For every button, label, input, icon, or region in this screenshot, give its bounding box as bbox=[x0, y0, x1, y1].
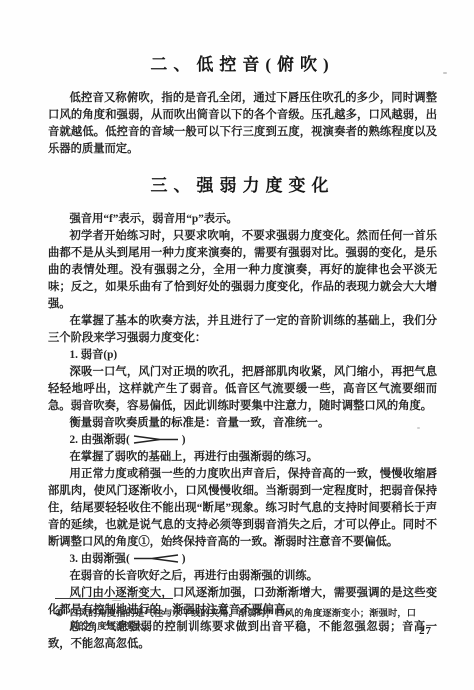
page-content: 二、低控音(俯吹) 低控音又称俯吹，指的是音孔全闭，通过下唇压住吹孔的多少，同时… bbox=[48, 50, 437, 653]
page-number: 27 bbox=[419, 625, 432, 637]
subheading-decrescendo-text: 2. 由强渐弱( bbox=[69, 434, 129, 446]
footnote-separator bbox=[55, 598, 173, 599]
scan-speck bbox=[417, 427, 420, 429]
paragraph-weak-tone-standard: 衡量弱音吹奏质量的标准是：音量一致，音准统一。 bbox=[48, 415, 437, 432]
paragraph-decrescendo-basis: 在掌握了弱吹的基础上，再进行由强渐弱的练习。 bbox=[48, 449, 437, 466]
crescendo-hairpin-icon bbox=[133, 554, 179, 563]
subheading-crescendo-text: 3. 由弱渐强( bbox=[69, 553, 129, 565]
footnote: ① 口风的角度指的是气柱与水平线的夹角。渐弱时，口风的角度逐渐变小；渐强时，口风… bbox=[55, 608, 416, 634]
subheading-weak-tone: 1. 弱音(p) bbox=[48, 347, 437, 364]
subheading-decrescendo: 2. 由强渐弱() bbox=[48, 432, 437, 449]
decrescendo-hairpin-icon bbox=[133, 435, 179, 444]
section-two-title: 二、低控音(俯吹) bbox=[48, 50, 437, 75]
scan-speck bbox=[443, 72, 447, 74]
subheading-crescendo-close: ) bbox=[182, 553, 186, 565]
paragraph-dynamics-notation: 强音用“f”表示，弱音用“p”表示。 bbox=[48, 211, 437, 228]
subheading-decrescendo-close: ) bbox=[182, 434, 186, 446]
scanned-book-page: 二、低控音(俯吹) 低控音又称俯吹，指的是音孔全闭，通过下唇压住吹孔的多少，同时… bbox=[0, 0, 474, 690]
subheading-crescendo: 3. 由弱渐强() bbox=[48, 551, 437, 568]
section-two-paragraph: 低控音又称俯吹，指的是音孔全闭，通过下唇压住吹孔的多少，同时调整口风的角度和强弱… bbox=[48, 90, 437, 158]
paragraph-three-stages: 在掌握了基本的吹奏方法，并且进行了一定的音阶训练的基础上，我们分三个阶段来学习强… bbox=[48, 313, 437, 347]
paragraph-decrescendo-method: 用正常力度或稍强一些的力度吹出声音后，保持音高的一致，慢慢收缩唇部肌肉，使风门逐… bbox=[48, 466, 437, 551]
footnote-marker: ① bbox=[55, 608, 63, 634]
scan-speck bbox=[112, 600, 121, 601]
paragraph-weak-tone-method: 深吸一口气，风门对正埙的吹孔，把唇部肌肉收紧，风门缩小，再把气息轻轻地呼出，这样… bbox=[48, 364, 437, 415]
footnote-block: ① 口风的角度指的是气柱与水平线的夹角。渐弱时，口风的角度逐渐变小；渐强时，口风… bbox=[55, 598, 416, 634]
section-three-title: 三、强弱力度变化 bbox=[48, 171, 437, 196]
footnote-text: 口风的角度指的是气柱与水平线的夹角。渐弱时，口风的角度逐渐变小；渐强时，口风的角… bbox=[69, 608, 416, 634]
paragraph-beginner-advice: 初学者开始练习时，只要求吹响，不要求强弱力度变化。然而任何一首乐曲都不是从头到尾… bbox=[48, 228, 437, 313]
paragraph-crescendo-basis: 在弱音的长音吹好之后，再进行由弱渐强的训练。 bbox=[48, 568, 437, 585]
